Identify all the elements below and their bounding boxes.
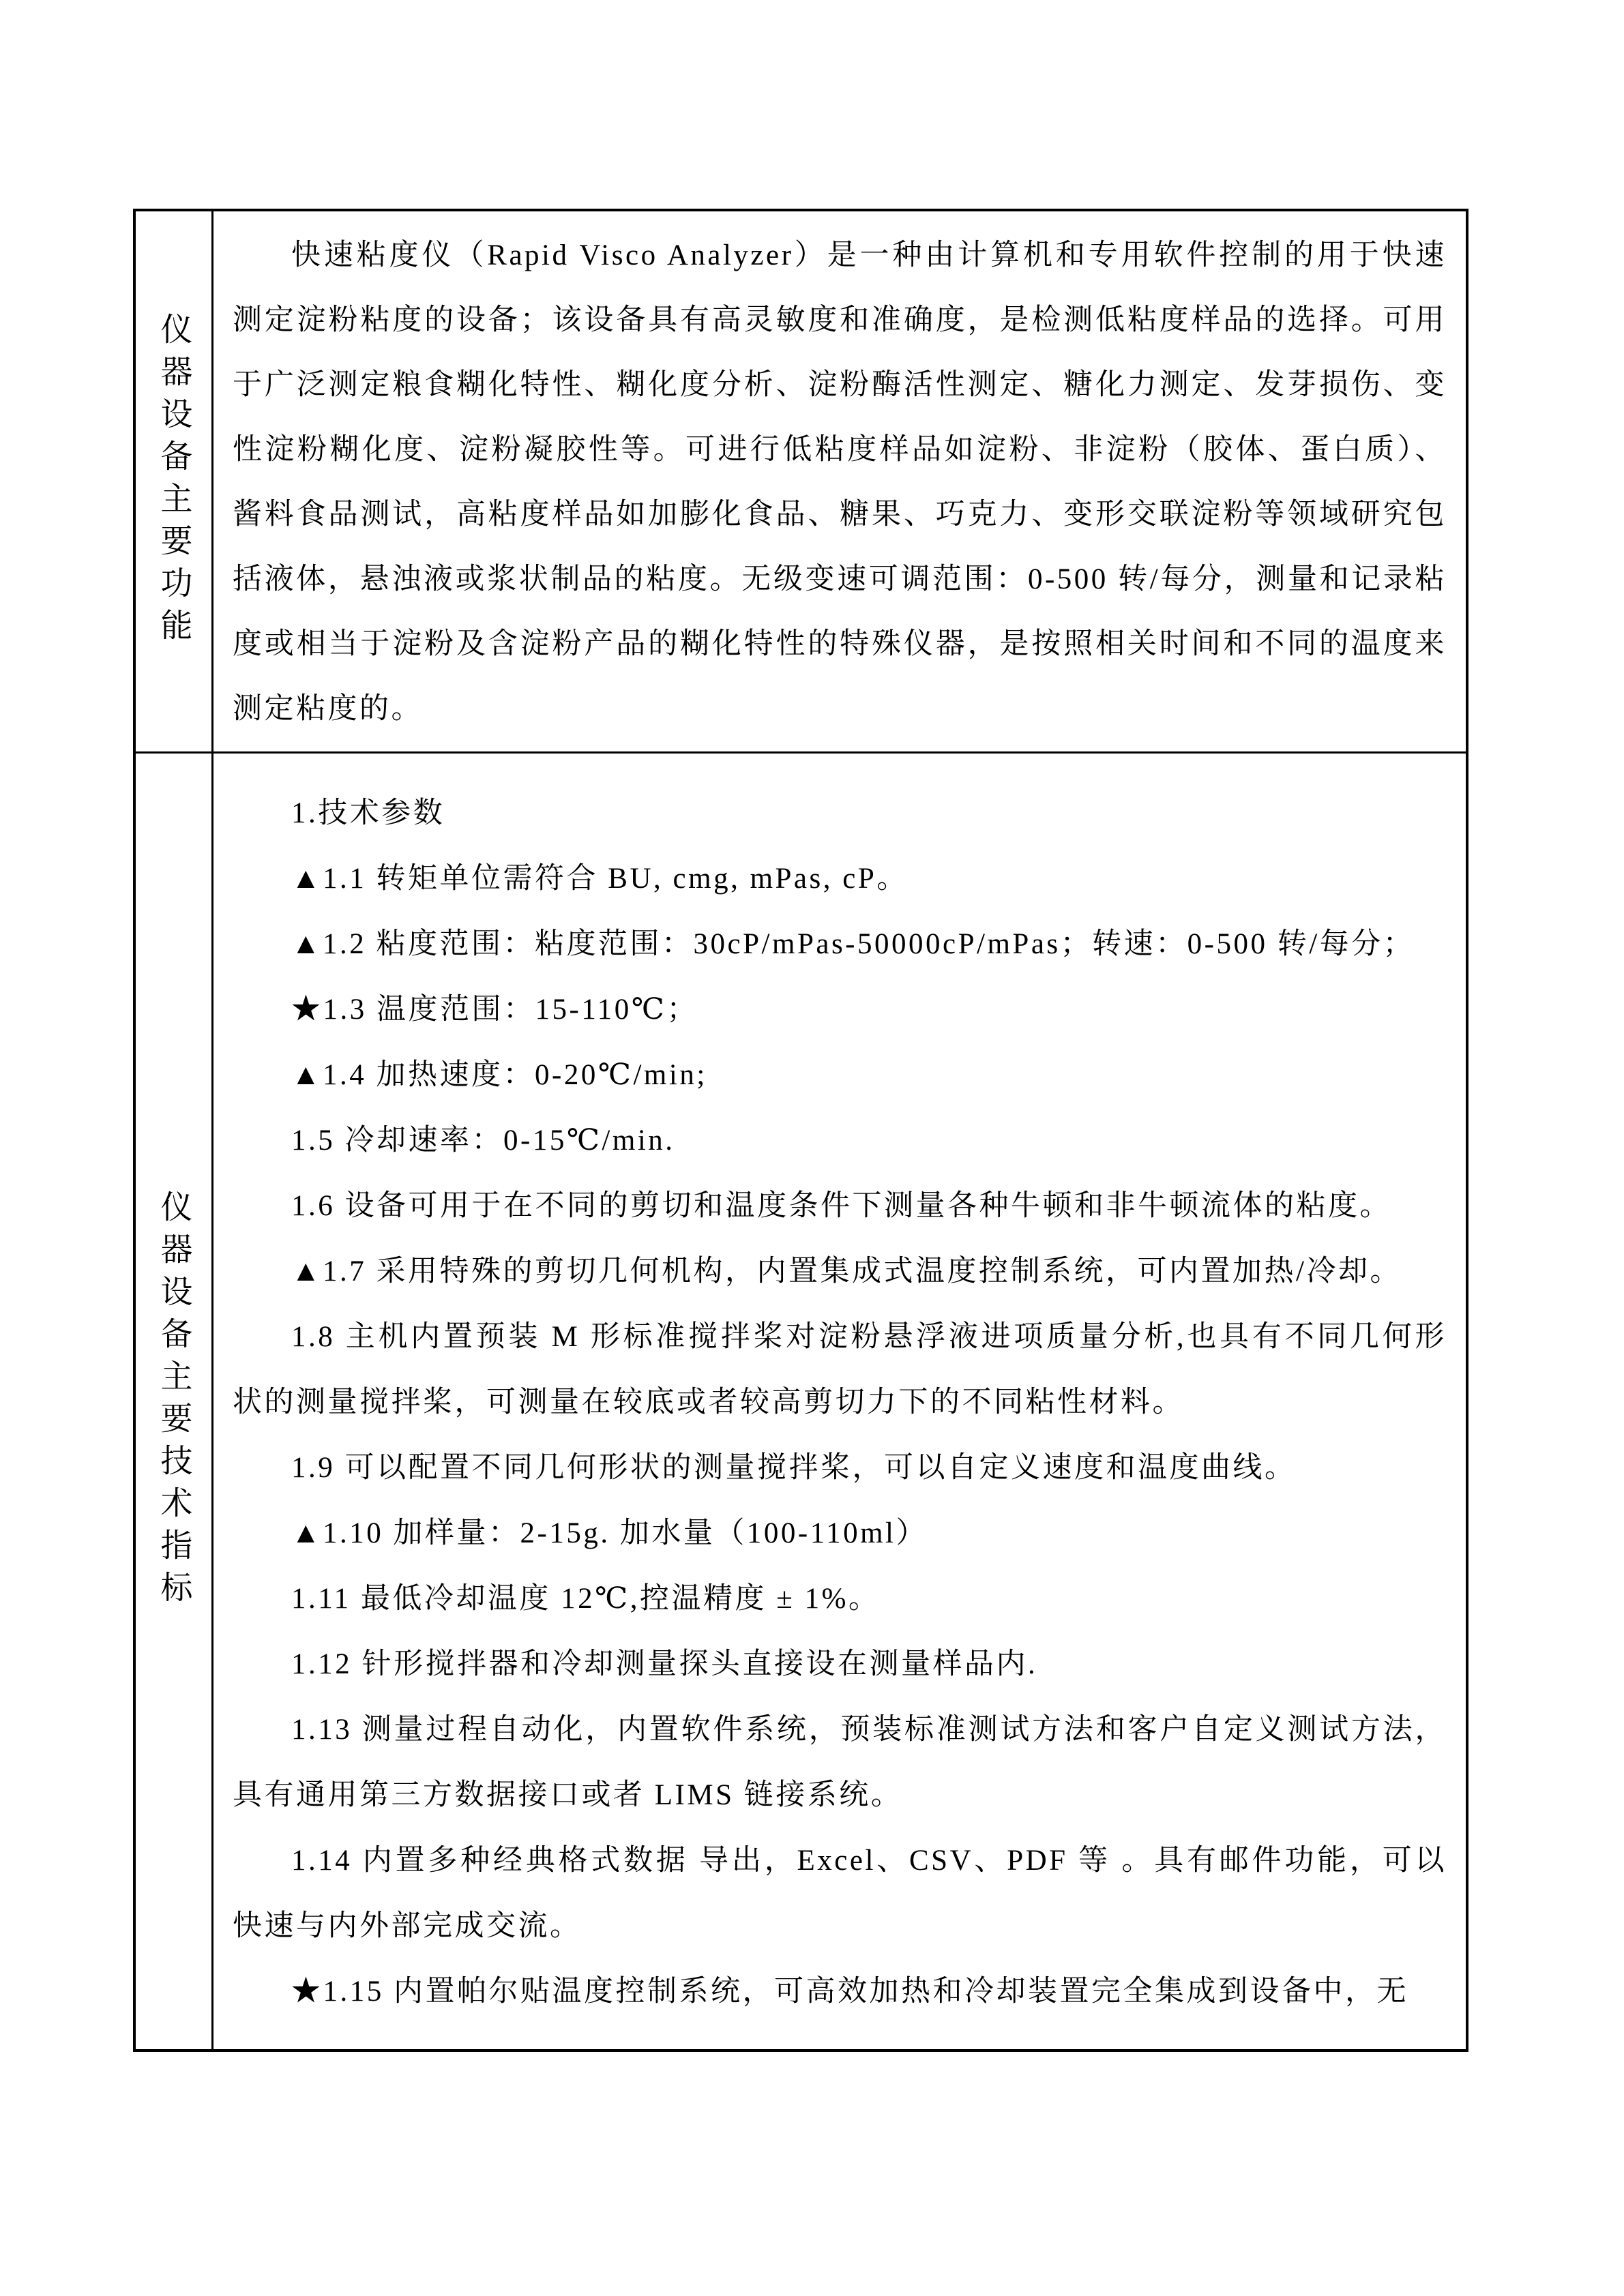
- spec-item: ▲1.10 加样量：2-15g. 加水量（100-110ml）: [233, 1501, 1447, 1566]
- spec-item: 1.11 最低冷却温度 12℃,控温精度 ± 1%。: [233, 1566, 1447, 1632]
- spec-item: ▲1.7 采用特殊的剪切几何机构，内置集成式温度控制系统，可内置加热/冷却。: [233, 1239, 1447, 1304]
- row1-header-label: 仪器设备主要功能: [136, 312, 211, 651]
- function-paragraph: 快速粘度仪（Rapid Visco Analyzer）是一种由计算机和专用软件控…: [233, 223, 1447, 741]
- row1-header-cell: 仪器设备主要功能: [136, 211, 213, 754]
- document-page: 仪器设备主要功能 快速粘度仪（Rapid Visco Analyzer）是一种由…: [0, 0, 1624, 2296]
- spec-item: 1.14 内置多种经典格式数据 导出，Excel、CSV、PDF 等 。具有邮件…: [233, 1828, 1447, 1959]
- row2-header-label: 仪器设备主要技术指标: [136, 1190, 211, 1613]
- spec-item: 1.9 可以配置不同几何形状的测量搅拌桨，可以自定义速度和温度曲线。: [233, 1435, 1447, 1501]
- spec-item: 1.8 主机内置预装 M 形标准搅拌桨对淀粉悬浮液进项质量分析,也具有不同几何形…: [233, 1304, 1447, 1435]
- spec-item: 1.13 测量过程自动化，内置软件系统，预装标准测试方法和客户自定义测试方法，具…: [233, 1697, 1447, 1828]
- spec-item: ▲1.2 粘度范围：粘度范围：30cP/mPas-50000cP/mPas；转速…: [233, 912, 1447, 977]
- spec-table: 仪器设备主要功能 快速粘度仪（Rapid Visco Analyzer）是一种由…: [133, 209, 1468, 2052]
- spec-item: ▲1.4 加热速度：0-20℃/min;: [233, 1043, 1447, 1108]
- spec-item: 1.5 冷却速率：0-15℃/min.: [233, 1108, 1447, 1174]
- row1-body-cell: 快速粘度仪（Rapid Visco Analyzer）是一种由计算机和专用软件控…: [213, 211, 1466, 754]
- row2-header-cell: 仪器设备主要技术指标: [136, 754, 213, 2049]
- spec-item: ★1.3 温度范围：15-110℃；: [233, 977, 1447, 1043]
- spec-item: 1.技术参数: [233, 781, 1447, 846]
- spec-item: ★1.15 内置帕尔贴温度控制系统，可高效加热和冷却装置完全集成到设备中，无: [233, 1959, 1447, 2025]
- spec-item: 1.6 设备可用于在不同的剪切和温度条件下测量各种牛顿和非牛顿流体的粘度。: [233, 1174, 1447, 1239]
- row2-body-cell: 1.技术参数▲1.1 转矩单位需符合 BU, cmg, mPas, cP。▲1.…: [213, 754, 1466, 2049]
- spec-item: ▲1.1 转矩单位需符合 BU, cmg, mPas, cP。: [233, 846, 1447, 912]
- spec-item: 1.12 针形搅拌器和冷却测量探头直接设在测量样品内.: [233, 1632, 1447, 1697]
